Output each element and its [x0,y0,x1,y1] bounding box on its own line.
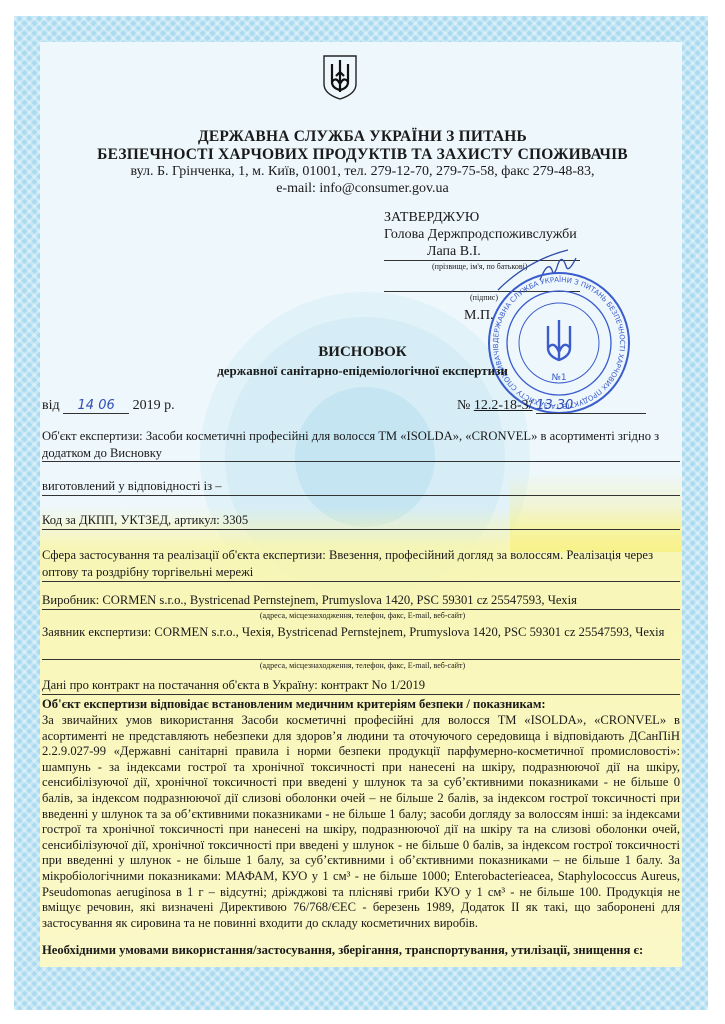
field-manufactured: виготовлений у відповідності із – [42,478,680,495]
document-title: ВИСНОВОК [0,344,725,361]
field-applicant: Заявник експертизи: CORMEN s.r.o., Чехія… [42,624,680,641]
number-handwritten: 13 30 [536,398,646,414]
org-address: вул. Б. Грінченка, 1, м. Київ, 01001, те… [0,164,725,180]
manufacturer-caption: (адреса, місцезнаходження, телефон, факс… [0,611,725,620]
issue-date: від 14 06 2019 р. [42,398,175,414]
field-code: Код за ДКПП, УКТЗЕД, артикул: 3305 [42,512,680,529]
document-subtitle: державної санітарно-епідеміологічної екс… [0,363,725,379]
field-manufacturer: Виробник: CORMEN s.r.o., Bystricenad Per… [42,592,680,609]
org-email: e-mail: info@consumer.gov.ua [0,181,725,197]
field-scope: Сфера застосування та реалізації об'єкта… [42,547,680,581]
official-stamp-icon: №1 ДЕРЖАВНА СЛУЖБА УКРАЇНИ З ПИТАНЬ БЕЗП… [484,268,634,418]
document-number: № 12.2-18-3/ 13 30 [457,398,646,414]
field-object: Об'єкт експертизи: Засоби косметичні про… [42,428,680,462]
criteria-body: За звичайних умов використання Засоби ко… [42,713,680,931]
criteria-heading: Об'єкт експертизи відповідає встановлени… [42,697,680,713]
applicant-caption: (адреса, місцезнаходження, телефон, факс… [0,661,725,670]
org-name-line1: ДЕРЖАВНА СЛУЖБА УКРАЇНИ З ПИТАНЬ [0,128,725,146]
field-contract: Дані про контракт на постачання об'єкта … [42,677,680,694]
date-handwritten: 14 06 [63,398,129,414]
org-name-line2: БЕЗПЕЧНОСТІ ХАРЧОВИХ ПРОДУКТІВ ТА ЗАХИСТ… [0,146,725,164]
coat-of-arms-icon [322,54,358,100]
approver-name: Лапа В.І. [427,244,481,260]
approve-label: ЗАТВЕРДЖУЮ [384,210,479,226]
conditions-heading: Необхідними умовами використання/застосу… [42,943,680,959]
